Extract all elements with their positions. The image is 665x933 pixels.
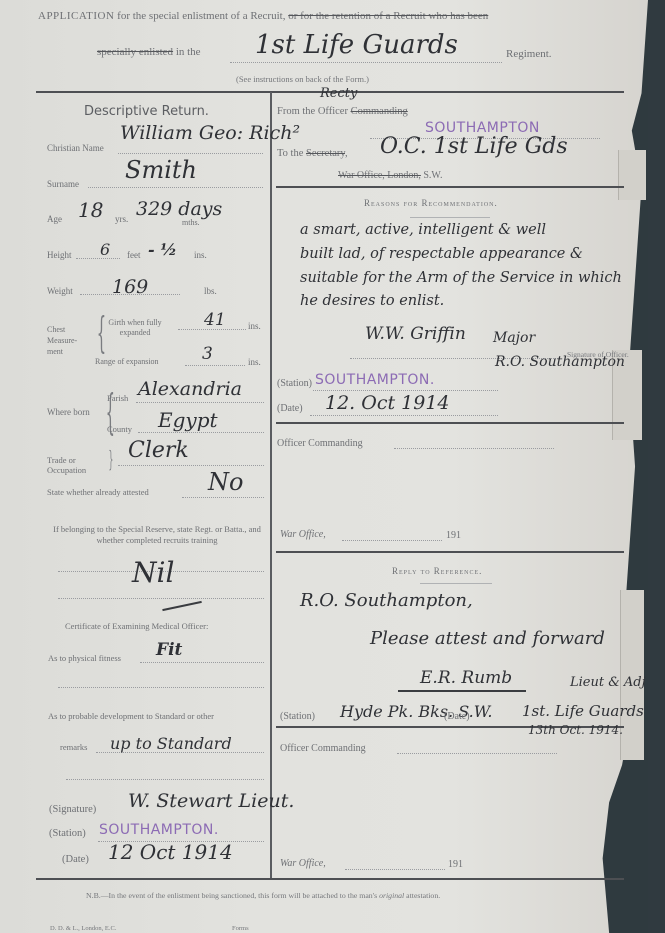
fill-line [88,187,263,188]
form-heading-line1: APPLICATION for the special enlistment o… [38,10,488,22]
instructions-note: (See instructions on back of the Form.) [236,74,369,84]
special-reserve-value: Nil [132,556,174,589]
fitness-label: As to physical fitness [48,653,121,663]
section-rule [276,422,624,424]
fill-line [397,753,557,754]
regiment-label: Regiment. [506,48,552,60]
height-feet-unit: feet [127,250,141,260]
struck-text: Commanding [351,106,408,117]
brace: } [109,450,114,472]
recommending-officer-rank: Major [493,330,535,346]
chest-measurement-label: Chest Measure-ment [47,324,87,357]
fitness-value: Fit [156,640,182,660]
fill-line [345,869,445,870]
trade-value: Clerk [128,438,189,463]
signature-underline [398,690,526,692]
form-heading-line2: specially enlisted in the [97,46,201,58]
date-label: (Date) [62,854,89,865]
year-prefix: 191 [446,530,461,541]
station-label: (Station) [280,711,315,722]
officer-commanding-label: Officer Commanding [277,438,363,449]
from-insert: Recty [320,86,357,101]
officer-commanding-label: Officer Commanding [280,743,366,754]
fill-line [118,465,264,466]
fill-line [136,402,264,403]
weight-value: 169 [112,276,148,298]
girth-unit: ins. [248,321,261,331]
reply-date-value: 13th Oct. 1914. [528,723,623,737]
to-value: O.C. 1st Life Gds [380,134,568,159]
recommending-officer-signature: W.W. Griffin [365,324,466,344]
parish-label: Parish [107,393,128,403]
fill-line [185,365,245,366]
background-edge [648,0,665,933]
recommendation-title: Reasons for Recommendation. [364,198,498,208]
christian-name-label: Christian Name [47,143,104,153]
application-word: APPLICATION [38,10,114,22]
christian-name-value: William Geo: Rich² [120,122,300,144]
struck-text: specially enlisted [97,46,173,58]
recommendation-line: suitable for the Arm of the Service in w… [300,270,622,286]
weight-unit: lbs. [204,286,217,296]
fill-line [76,258,120,259]
forms-mark: Forms [232,925,249,932]
reply-line-1: R.O. Southampton, [300,590,473,611]
date-value: 12 Oct 1914 [108,840,233,864]
fill-line [58,598,264,599]
regiment-fill-line [230,62,502,63]
from-line: From the Officer Commanding [277,106,408,117]
reply-signature: E.R. Rumb [420,668,512,688]
nb-italic: original [379,891,404,900]
descriptive-return-title: Descriptive Return. [84,104,209,119]
station-label: (Station) [49,828,86,839]
expansion-unit: ins. [248,357,261,367]
fill-line [310,415,498,416]
recommending-officer-post: R.O. Southampton [495,354,625,370]
heading-text: for the special enlistment of a Recruit, [114,10,285,22]
special-reserve-label: If belonging to the Special Reserve, sta… [46,524,268,546]
age-label: Age [47,214,62,224]
reply-unit-value: 1st. Life Guards [522,702,644,720]
reply-station-value: Hyde Pk. Bks. S.W. [340,702,492,721]
printer-mark: D. D. & L., London, E.C. [50,925,116,932]
section-rule [276,551,624,553]
surname-value: Smith [125,156,197,184]
to-label: To the [277,148,303,159]
fill-line [313,390,498,391]
height-label: Height [47,250,72,260]
struck-text: War Office, London, [338,170,421,181]
war-office-label: War Office, [280,858,326,869]
fill-line [342,540,442,541]
station-stamp: SOUTHAMPTON. [315,372,435,388]
age-months-unit: mths. [182,218,200,227]
officer-label: Officer [318,106,348,117]
development-label: As to probable development to Standard o… [48,711,214,721]
fill-line [118,153,263,154]
war-office-line: War Office, London, S.W. [338,170,442,181]
reply-rank: Lieut & Adj [570,675,646,690]
title-underline [410,217,490,218]
where-born-label: Where born [47,407,90,417]
medical-officer-title: Certificate of Examining Medical Officer… [65,621,208,631]
county-label: County [107,424,132,434]
reply-title: Reply to Reference. [392,566,482,576]
weight-label: Weight [47,286,73,296]
date-label: (Date) [277,403,303,414]
nb-note: N.B.—In the event of the enlistment bein… [86,891,440,900]
war-office-label: War Office, [280,529,326,540]
age-years-value: 18 [78,198,103,222]
station-stamp: SOUTHAMPTON. [99,822,219,838]
fill-line [394,448,554,449]
age-days-value: 329 days [136,198,222,220]
remarks-label: remarks [60,742,87,752]
regiment-value: 1st Life Guards [255,30,458,60]
attested-value: No [208,468,243,496]
section-rule [276,186,624,188]
from-label: From the [277,106,315,117]
fill-line [182,497,264,498]
column-divider [270,92,272,878]
year-prefix: 191 [448,859,463,870]
expansion-label: Range of expansion [95,357,159,366]
county-value: Egypt [158,408,218,432]
expansion-value: 3 [202,344,213,364]
date-value: 12. Oct 1914 [325,392,450,414]
parish-value: Alexandria [138,378,242,400]
date-label: (Date) [444,711,470,722]
medical-officer-signature: W. Stewart Lieut. [128,790,294,812]
remarks-value: up to Standard [110,734,232,753]
paper-tab [618,150,646,200]
sw-label: S.W. [423,170,442,181]
surname-label: Surname [47,179,79,189]
nb-text: N.B.—In the event of the enlistment bein… [86,891,379,900]
girth-label: Girth when fully expanded [95,318,175,338]
fill-line [66,779,264,780]
heading-text: in the [176,46,201,58]
fill-line [58,687,264,688]
trade-label: Trade or Occupation [47,455,107,475]
recommendation-line: a smart, active, intelligent & well [300,222,546,238]
nb-text: attestation. [404,891,440,900]
girth-value: 41 [204,310,226,330]
struck-text: Secretary [306,148,345,159]
reply-line-2: Please attest and forward [370,628,605,649]
struck-text: or for the retention of a Recruit who ha… [288,10,488,22]
height-inches-unit: ins. [194,250,207,260]
recommendation-line: he desires to enlist. [300,293,444,309]
footer-rule [36,878,624,880]
fill-line [140,662,264,663]
height-feet-value: 6 [100,240,110,259]
to-line: To the Secretary, [277,148,348,159]
recommendation-line: built lad, of respectable appearance & [300,246,583,262]
station-label: (Station) [277,378,312,389]
age-years-unit: yrs. [115,214,128,224]
signature-label: (Signature) [49,804,96,815]
title-underline [420,583,492,584]
attested-label: State whether already attested [47,487,149,497]
fill-line [138,432,264,433]
height-inches-value: - ½ [148,240,177,259]
